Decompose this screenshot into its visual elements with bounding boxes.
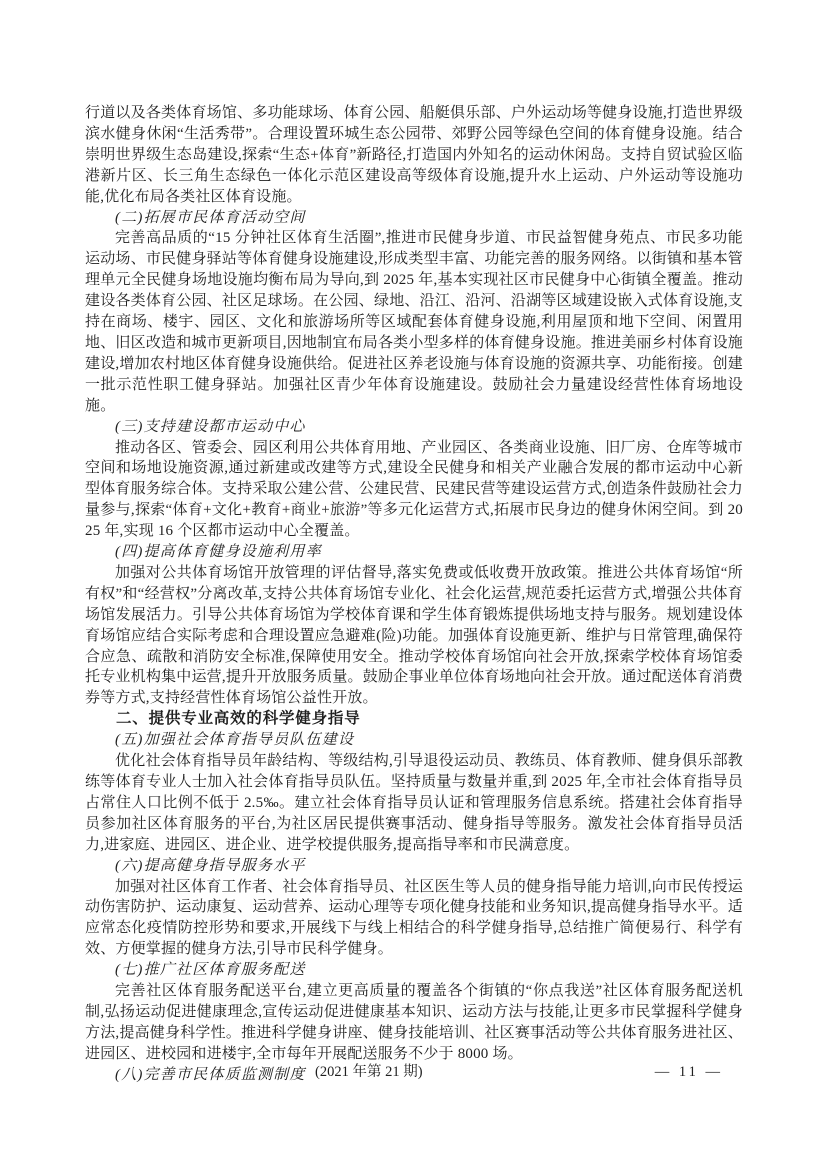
subsection-heading-6: (六)提高健身指导服务水平: [85, 856, 743, 877]
paragraph: 优化社会体育指导员年龄结构、等级结构,引导退役运动员、教练员、体育教师、健身俱乐…: [85, 751, 743, 856]
paragraph: 完善高品质的“15 分钟社区体育生活圈”,推进市民健身步道、市民益智健身苑点、市…: [85, 228, 743, 416]
section-heading-2: 二、提供专业高效的科学健身指导: [85, 709, 743, 730]
document-body: 行道以及各类体育场馆、多功能球场、体育公园、船艇俱乐部、户外运动场等健身设施,打…: [85, 103, 743, 1086]
subsection-heading-3: (三)支持建设都市运动中心: [85, 417, 743, 438]
issue-label: (2021 年第 21 期): [315, 1061, 423, 1083]
page-number: — 11 —: [655, 1061, 723, 1083]
subsection-heading-2: (二)拓展市民体育活动空间: [85, 208, 743, 229]
paragraph: 加强对社区体育工作者、社会体育指导员、社区医生等人员的健身指导能力培训,向市民传…: [85, 877, 743, 961]
paragraph: 推动各区、管委会、园区利用公共体育用地、产业园区、各类商业设施、旧厂房、仓库等城…: [85, 438, 743, 543]
paragraph-continuation: 行道以及各类体育场馆、多功能球场、体育公园、船艇俱乐部、户外运动场等健身设施,打…: [85, 103, 743, 208]
subsection-heading-5: (五)加强社会体育指导员队伍建设: [85, 730, 743, 751]
paragraph: 加强对公共体育场馆开放管理的评估督导,落实免费或低收费开放政策。推进公共体育场馆…: [85, 563, 743, 709]
paragraph: 完善社区体育服务配送平台,建立更高质量的覆盖各个街镇的“你点我送”社区体育服务配…: [85, 981, 743, 1065]
subsection-heading-7: (七)推广社区体育服务配送: [85, 960, 743, 981]
document-page: 行道以及各类体育场馆、多功能球场、体育公园、船艇俱乐部、户外运动场等健身设施,打…: [0, 0, 827, 1170]
subsection-heading-4: (四)提高体育健身设施利用率: [85, 542, 743, 563]
page-footer: (2021 年第 21 期) — 11 —: [85, 1061, 743, 1083]
